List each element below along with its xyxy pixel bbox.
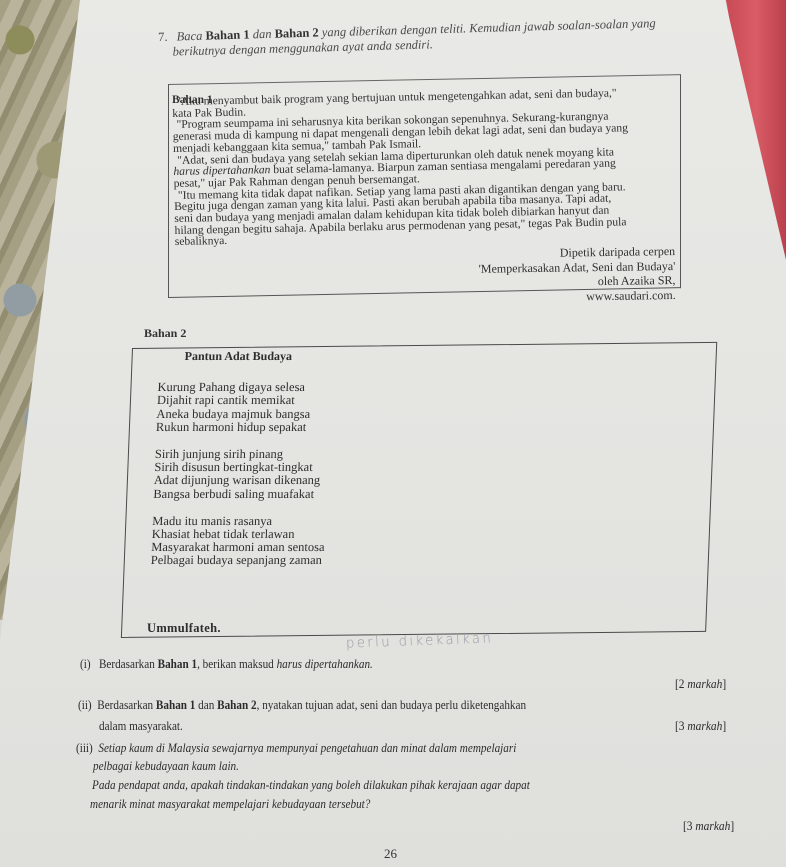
bahan1-source: Dipetik daripada cerpen 'Memperkasakan A… <box>380 244 676 306</box>
bahan1-text: "Aku menyambut baik program yang bertuju… <box>172 86 683 248</box>
marks-ii: [3 markah] <box>675 718 726 734</box>
question-number: 7. <box>158 30 168 44</box>
subquestion-iii-line3: Pada pendapat anda, apakah tindakan-tind… <box>92 777 530 793</box>
subquestion-iii-line2: pelbagai kebudayaan kaum lain. <box>93 758 239 774</box>
subquestion-iii-line4: menarik minat masyarakat mempelajari keb… <box>90 796 370 812</box>
subquestion-ii-line2: dalam masyarakat. <box>99 718 183 734</box>
pantun-stanza: Madu itu manis rasanya Khasiat hebat tid… <box>151 515 573 568</box>
subquestion-iii: (iii) Setiap kaum di Malaysia sewajarnya… <box>76 740 516 756</box>
pantun-stanza: Kurung Pahang digaya selesa Dijahit rapi… <box>156 381 578 434</box>
pantun-title: Pantun Adat Budaya <box>158 350 579 363</box>
marks-iii: [3 markah] <box>683 818 734 834</box>
subquestion-ii: (ii) Berdasarkan Bahan 1 dan Bahan 2, ny… <box>78 697 526 713</box>
pantun: Pantun Adat Budaya Kurung Pahang digaya … <box>150 350 579 582</box>
exam-page: 7. Baca Bahan 1 dan Bahan 2 yang diberik… <box>0 0 786 867</box>
bahan2-label: Bahan 2 <box>144 326 186 341</box>
pantun-author: Ummulfateh. <box>147 621 221 636</box>
marks-i: [2 markah] <box>675 676 726 692</box>
page-number: 26 <box>384 846 397 862</box>
subquestion-i: (i) Berdasarkan Bahan 1, berikan maksud … <box>80 656 373 672</box>
question-instruction: 7. Baca Bahan 1 dan Bahan 2 yang diberik… <box>158 15 679 60</box>
pantun-stanza: Sirih junjung sirih pinang Sirih disusun… <box>153 448 575 501</box>
